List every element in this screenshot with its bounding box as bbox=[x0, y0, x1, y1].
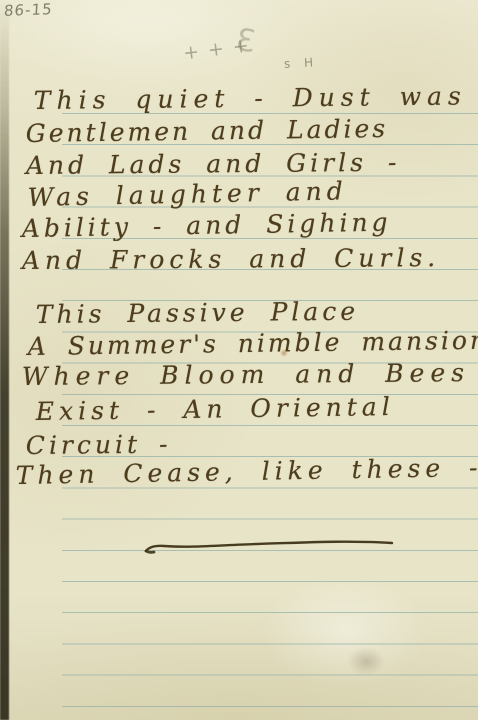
manuscript-page: 86-15 +++ Ɛ s H This quiet - Dust was Ge… bbox=[0, 0, 478, 720]
handdrawn-divider bbox=[0, 0, 478, 720]
